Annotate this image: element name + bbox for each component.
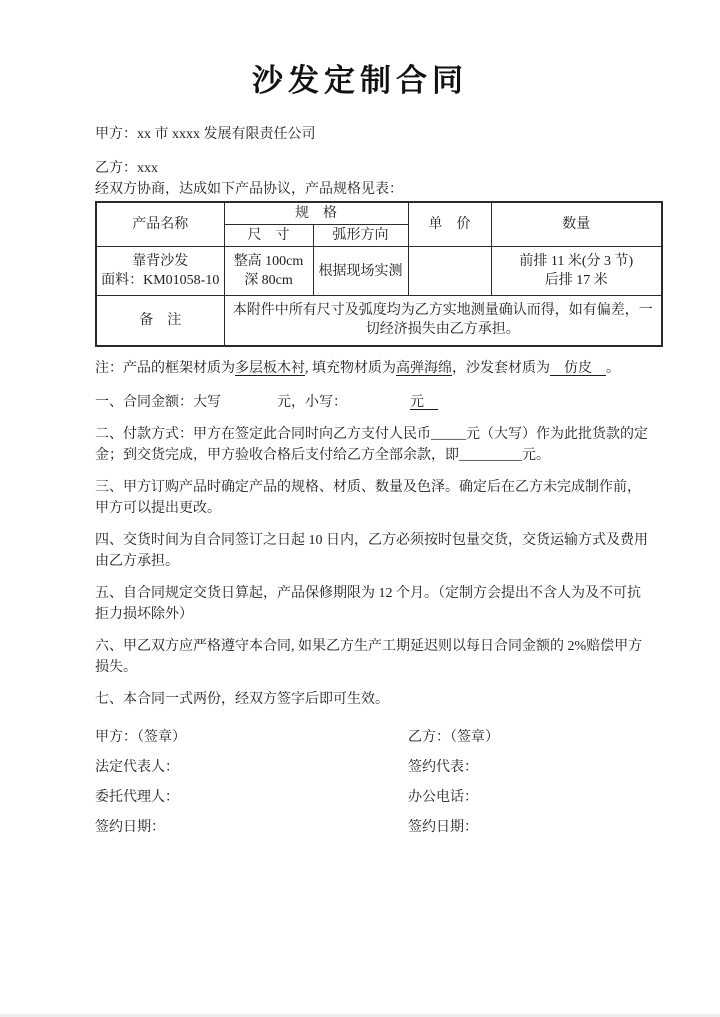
signing-representative-label: 签约代表：: [408, 757, 652, 778]
clause-4-delivery-time: 四、交货时间为自合同签订之日起 10 日内，乙方必须按时包量交货，交货运输方式及…: [95, 530, 652, 572]
quantity-cell: 前排 11 米(分 3 节) 后排 17 米: [491, 247, 662, 296]
signature-block: 甲方：（签章） 乙方：（签章） 法定代表人： 签约代表： 委托代理人： 办公电话…: [95, 727, 652, 838]
document-title: 沙发定制合同: [0, 62, 720, 100]
party-b-signing-date-label: 签约日期：: [408, 817, 652, 838]
intro-block: 乙方：xxx 经双方协商，达成如下产品协议，产品规格见表：: [95, 158, 652, 200]
size-line2: 深 80cm: [227, 271, 311, 290]
materials-note-line: 注：产品的框架材质为多层板木衬, 填充物材质为高弹海绵，沙发套材质为 仿皮 。: [95, 358, 652, 379]
arc-direction-cell: 根据现场实测: [313, 247, 408, 296]
product-name-line1: 靠背沙发: [99, 252, 222, 271]
party-b-line: 乙方：xxx: [95, 158, 652, 179]
product-row: 靠背沙发 面料：KM01058-10 整高 100cm 深 80cm 根据现场实…: [96, 247, 662, 296]
party-a-seal-label: 甲方：（签章）: [95, 727, 408, 748]
intro-line: 经双方协商，达成如下产品协议，产品规格见表：: [95, 179, 652, 200]
arc-direction-header: 弧形方向: [313, 225, 408, 247]
quantity-line2: 后排 17 米: [494, 271, 660, 290]
party-a-signing-date-label: 签约日期：: [95, 817, 408, 838]
clause-7-effectiveness: 七、本合同一式两份，经双方签字后即可生效。: [95, 689, 652, 710]
table-header-row-1: 产品名称 规 格 单 价 数量: [96, 202, 662, 225]
product-name-cell: 靠背沙发 面料：KM01058-10: [96, 247, 224, 296]
party-b-seal-label: 乙方：（签章）: [408, 727, 652, 748]
clause-6-breach-penalty: 六、甲乙双方应严格遵守本合同, 如果乙方生产工期延迟则以每日合同金额的 2%赔偿…: [95, 636, 652, 678]
product-name-line2: 面料：KM01058-10: [99, 271, 222, 290]
unit-price-header: 单 价: [408, 202, 491, 247]
entrusted-agent-label: 委托代理人：: [95, 787, 408, 808]
legal-representative-label: 法定代表人：: [95, 757, 408, 778]
remark-label-cell: 备 注: [96, 296, 224, 346]
quantity-header: 数量: [491, 202, 662, 247]
clause-3-spec-changes: 三、甲方订购产品时确定产品的规格、材质、数量及色泽。确定后在乙方未完成制作前，甲…: [95, 477, 652, 519]
clause-5-warranty: 五、自合同规定交货日算起，产品保修期限为 12 个月。（定制方会提出不含人为及不…: [95, 583, 652, 625]
party-a-line: 甲方：xx 市 xxxx 发展有限责任公司: [95, 124, 652, 145]
size-header: 尺 寸: [224, 225, 313, 247]
size-line1: 整高 100cm: [227, 252, 311, 271]
clause-2-payment-terms: 二、付款方式：甲方在签定此合同时向乙方支付人民币_____元（大写）作为此批货款…: [95, 424, 652, 466]
document-body: 甲方：xx 市 xxxx 发展有限责任公司 乙方：xxx 经双方协商，达成如下产…: [95, 124, 652, 838]
product-spec-table: 产品名称 规 格 单 价 数量 尺 寸 弧形方向 靠背沙发 面料：KM01058…: [95, 201, 663, 347]
spec-header: 规 格: [224, 202, 408, 225]
size-cell: 整高 100cm 深 80cm: [224, 247, 313, 296]
remark-text-cell: 本附件中所有尺寸及弧度均为乙方实地测量确认而得，如有偏差，一切经济损失由乙方承担…: [224, 296, 662, 346]
office-phone-label: 办公电话：: [408, 787, 652, 808]
clause-1-contract-amount: 一、合同金额：大写 元，小写： 元: [95, 392, 652, 413]
quantity-line1: 前排 11 米(分 3 节): [494, 252, 660, 271]
remark-row: 备 注 本附件中所有尺寸及弧度均为乙方实地测量确认而得，如有偏差，一切经济损失由…: [96, 296, 662, 346]
unit-price-cell: [408, 247, 491, 296]
contract-page: 沙发定制合同 甲方：xx 市 xxxx 发展有限责任公司 乙方：xxx 经双方协…: [0, 0, 720, 1017]
product-name-header: 产品名称: [96, 202, 224, 247]
